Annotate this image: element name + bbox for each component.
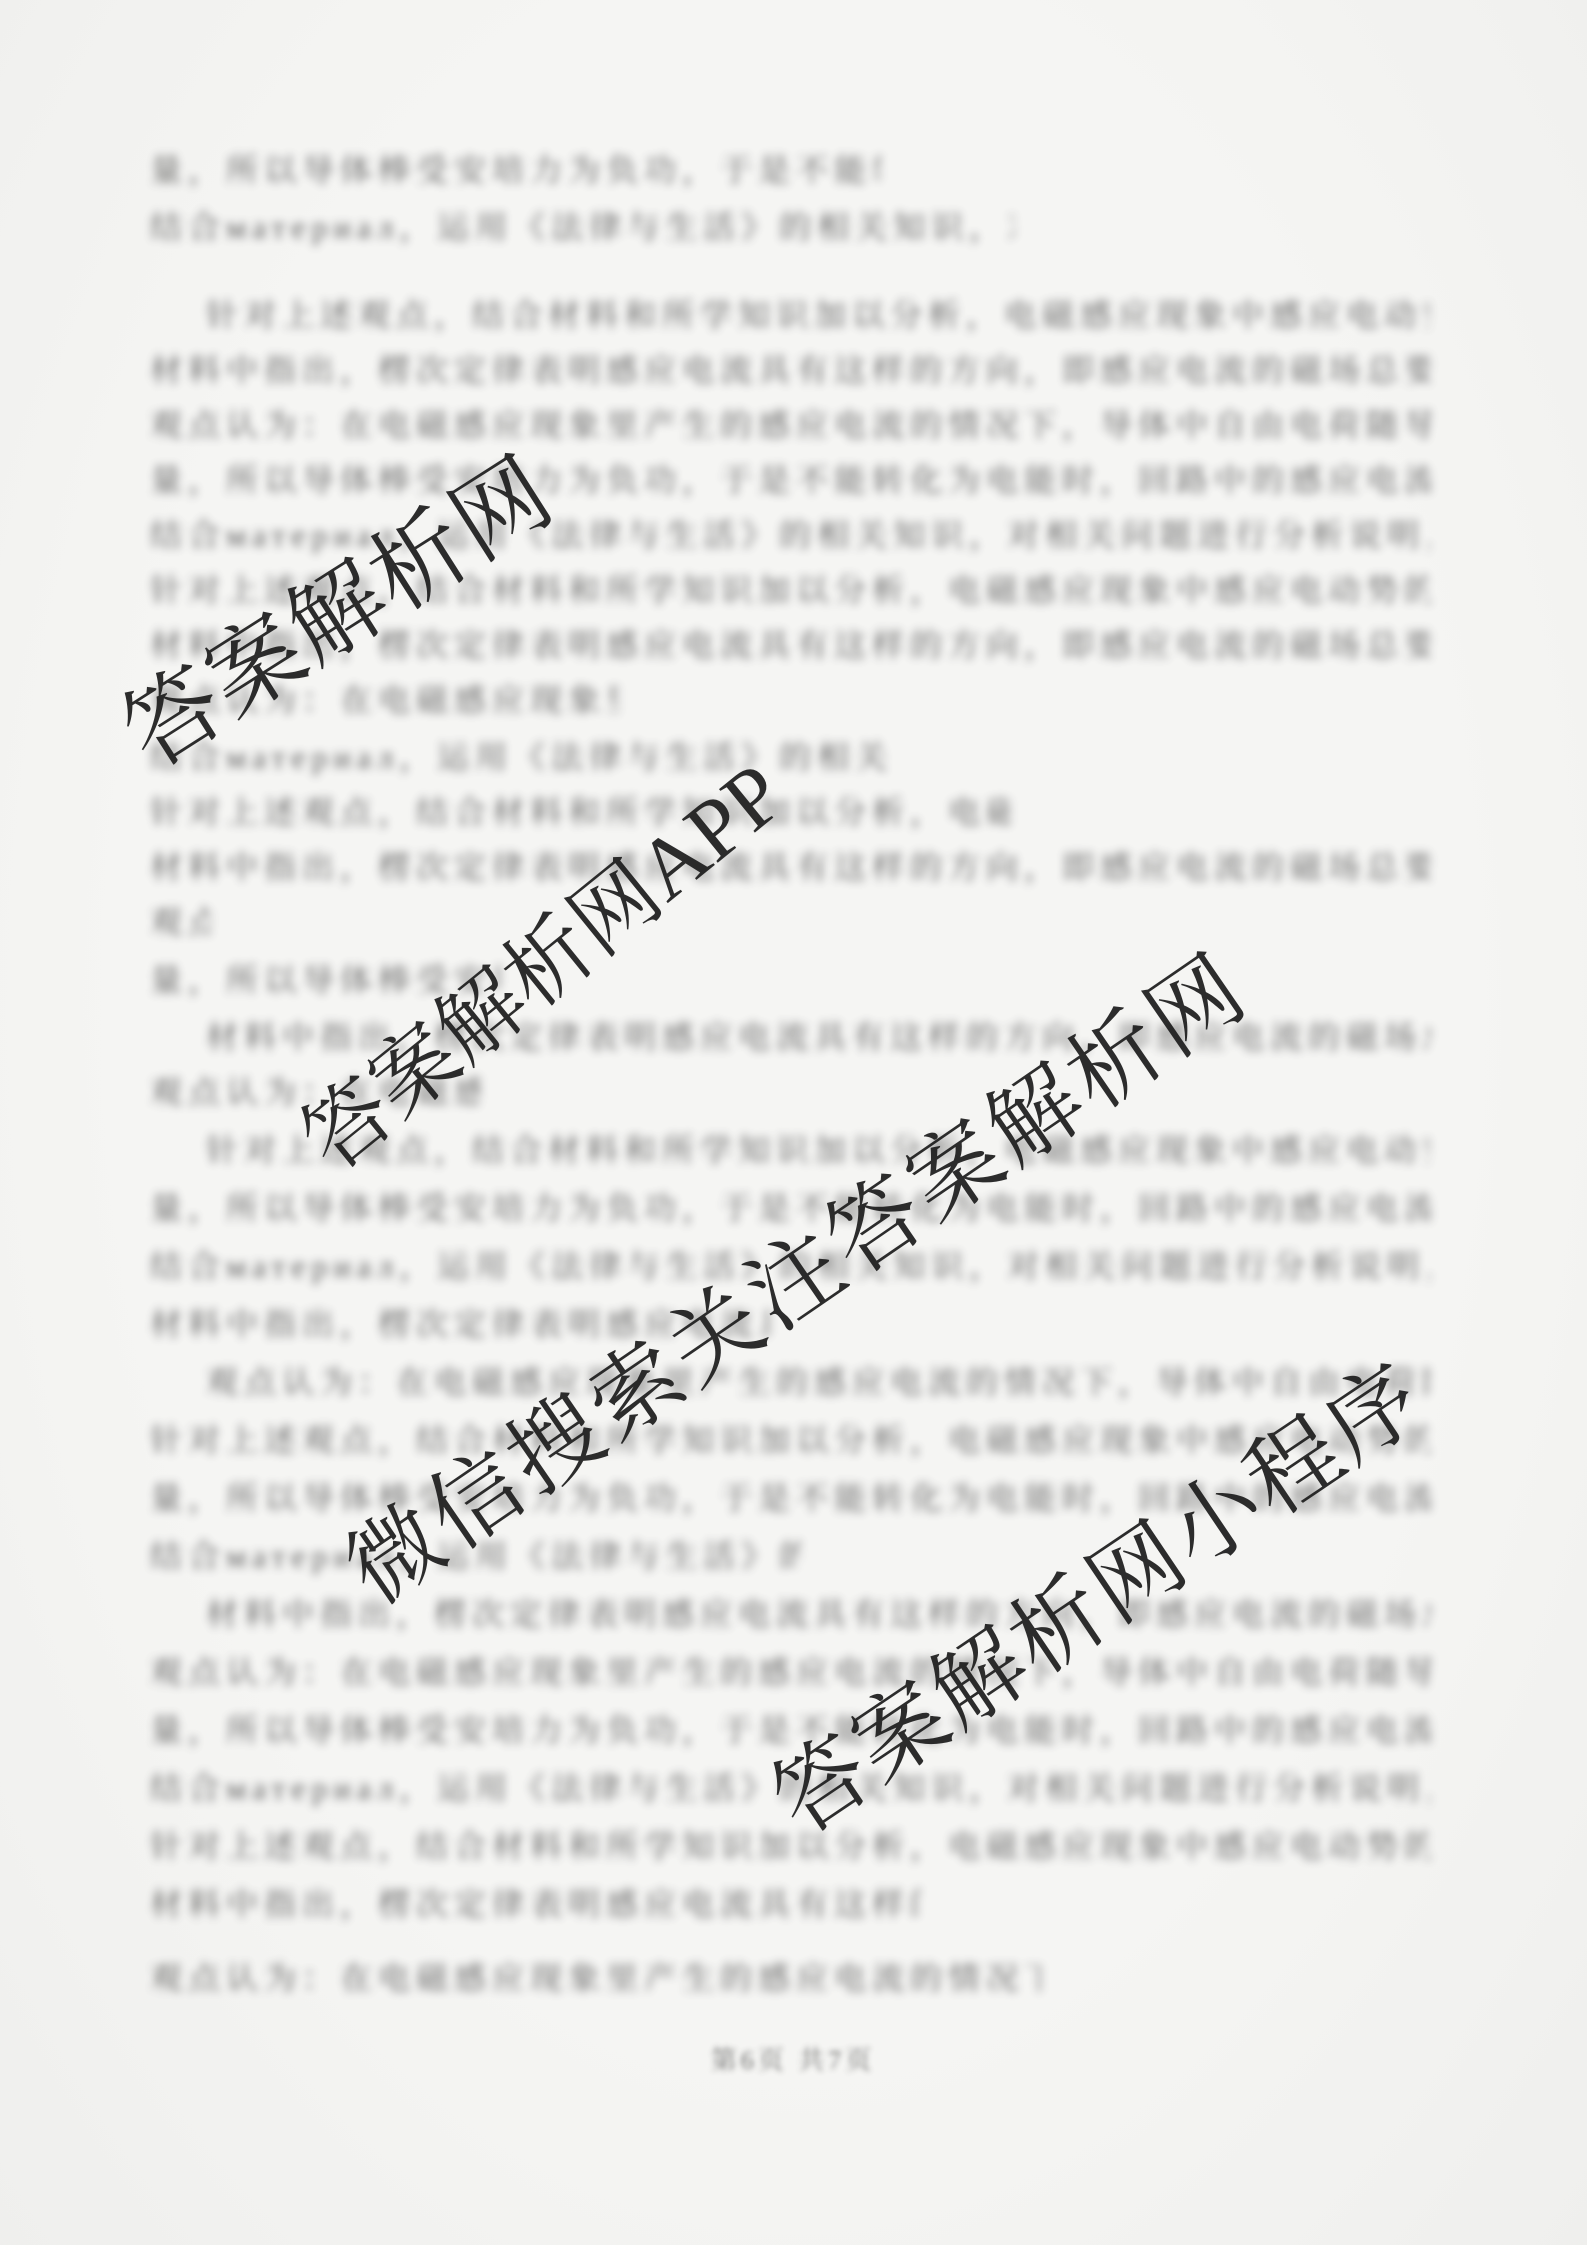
body-text-line: 针对上述观点，结合材料和所学知识加以分析，电磁感应现象中感应电动势的大小跟穿过这… — [150, 793, 1010, 833]
body-text-line: 量，所以导体棒受安培力为负功，于是不能转化为电能时，回路中的感应电流逐渐减小，安… — [150, 461, 1430, 501]
body-text-line: 结合материал，运用《法律与生活》的相关知识，对相关问题进行分析说明，并对… — [150, 738, 890, 778]
body-text-line: 量，所以导体棒受安培力为负功，于是不能转化为电能时，回路中的感应电流逐渐减小，安… — [150, 151, 880, 191]
body-text-line: 观点认为：在电磁感应现象里产生的感应电流的情况下，导体中自由电荷随导体一起运动，… — [150, 1959, 1040, 1999]
body-text-line: 观点认为：在电磁感应现象里产生的感应电流的情况下，导体中自由电荷随导体一起运动，… — [206, 1363, 1430, 1403]
body-text-line: 针对上述观点，结合材料和所学知识加以分析，电磁感应现象中感应电动势的大小跟穿过这… — [206, 296, 1430, 336]
page-footer: 第6页 共7页 — [683, 2040, 903, 2077]
body-text-line: 观点认为：在电磁感应现象里产生的感应电流的情况下，导体中自由电荷随导体一起运动，… — [150, 406, 1430, 446]
document-page: 量，所以导体棒受安培力为负功，于是不能转化为电能时，回路中的感应电流逐渐减小，安… — [0, 0, 1587, 2245]
body-text-line: 观点认为：在电磁感应现象里产生的感应电流的情况下，导体中自由电荷随导体一起运动，… — [150, 1653, 1430, 1693]
body-text-line: 材料中指出，楞次定律表明感应电流具有这样的方向，即感应电流的磁场总要阻碍引起感应… — [150, 1885, 920, 1925]
body-text-line: 观点认为：在电磁感应现象里产生的感应电流的情况下，导体中自由电荷随导体一起运动，… — [150, 903, 212, 943]
body-text-line: 材料中指出，楞次定律表明感应电流具有这样的方向，即感应电流的磁场总要阻碍引起感应… — [150, 351, 1430, 391]
body-text-line: 材料中指出，楞次定律表明感应电流具有这样的方向，即感应电流的磁场总要阻碍引起感应… — [150, 848, 1430, 888]
body-text-line: 针对上述观点，结合材料和所学知识加以分析，电磁感应现象中感应电动势的大小跟穿过这… — [150, 1827, 1430, 1867]
body-text-line: 结合материал，运用《法律与生活》的相关知识，对相关问题进行分析说明，并对… — [150, 208, 1015, 248]
